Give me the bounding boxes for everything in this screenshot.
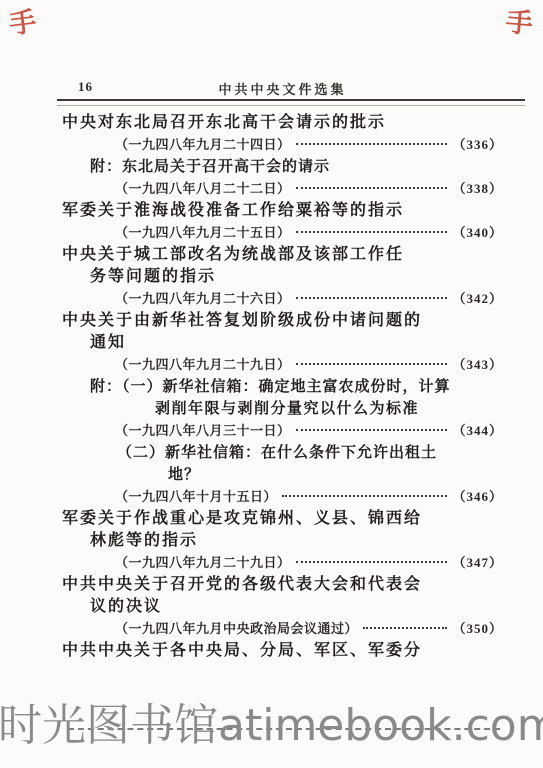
toc-ref-line: （一九四八年九月二十四日）（336） [115,134,503,156]
toc-title-line: 通知 [90,332,503,354]
toc-ref-line: （一九四八年八月二十二日）（338） [115,178,503,200]
dot-leader [296,561,448,563]
toc-title-line: 务等问题的指示 [90,266,503,288]
toc-title-line: 剥削年限与剥削分量究以什么为标准 [155,398,503,420]
toc-page-number: （342） [452,288,503,310]
toc-ref-line: （一九四八年九月二十五日）（340） [115,222,503,244]
dot-leader [282,495,447,497]
toc-entry: 中央关于由新华社答复划阶级成份中诸问题的通知（一九四八年九月二十九日）（343） [62,310,503,376]
toc-title-line: 军委关于作战重心是攻克锦州、义县、锦西给 [62,508,503,530]
toc-entry: 军委关于淮海战役准备工作给粟裕等的指示（一九四八年九月二十五日）（340） [62,200,503,244]
toc-ref-line: （一九四八年九月中央政治局会议通过）（350） [115,618,503,640]
dot-leader [296,231,448,233]
toc-page-number: （347） [452,552,503,574]
toc-ref-line: （一九四八年九月二十九日）（343） [115,354,503,376]
toc-date: （一九四八年九月二十六日） [115,288,291,310]
toc-date: （一九四八年八月三十一日） [115,420,291,442]
toc-page-number: （340） [452,222,503,244]
toc-page-number: （343） [452,354,503,376]
toc-date: （一九四八年九月中央政治局会议通过） [115,618,358,640]
toc-title-line: （二）新华社信箱：在什么条件下允许出租土 [117,442,503,464]
toc-entry: 附：（一）新华社信箱：确定地主富农成份时，计算剥削年限与剥削分量究以什么为标准（… [62,376,503,442]
toc-date: （一九四八年九月二十九日） [115,552,291,574]
dot-leader [296,187,448,189]
toc-title-line: 中央关于城工部改名为统战部及该部工作任 [62,244,503,266]
toc-date: （一九四八年十月十五日） [115,486,277,508]
dot-leader [363,627,447,629]
toc-title-line: 中共中央关于各中央局、分局、军区、军委分 [62,640,503,662]
toc-ref-line: （一九四八年八月三十一日）（344） [115,420,503,442]
toc-title-line: 议的决议 [90,596,503,618]
toc-title-line: 林彪等的指示 [90,530,503,552]
header-rule [57,99,525,106]
toc-title-line: 地？ [168,464,503,486]
toc-title-line: 中央对东北局召开东北高干会请示的批示 [62,112,503,134]
running-title: 中共中央文件选集 [62,79,503,98]
toc-page-number: （338） [452,178,503,200]
toc-entry: 中央关于城工部改名为统战部及该部工作任务等问题的指示（一九四八年九月二十六日）（… [62,244,503,310]
toc-title-line: 附：（一）新华社信箱：确定地主富农成份时，计算 [90,376,503,398]
toc-date: （一九四八年八月二十二日） [115,178,291,200]
watermark-text: 时光图书馆atimebook.com [0,702,543,750]
toc-entry: 中共中央关于各中央局、分局、军区、军委分 [62,640,503,662]
toc-title-line: 附：东北局关于召开高干会的请示 [90,156,503,178]
toc-ref-line: （一九四八年十月十五日）（346） [115,486,503,508]
dot-leader [296,429,448,431]
toc-page-number: （350） [452,618,503,640]
toc-entry: 附：东北局关于召开高干会的请示（一九四八年八月二十二日）（338） [62,156,503,200]
toc-date: （一九四八年九月二十五日） [115,222,291,244]
dot-leader [296,363,448,365]
red-stamp-right-icon: 手 [504,0,534,41]
dot-leader [296,143,448,145]
toc-date: （一九四八年九月二十九日） [115,354,291,376]
toc-entry: 中央对东北局召开东北高干会请示的批示（一九四八年九月二十四日）（336） [62,112,503,156]
toc-ref-line: （一九四八年九月二十六日）（342） [115,288,503,310]
scanned-book-page: 手 手 16 中共中央文件选集 中央对东北局召开东北高干会请示的批示（一九四八年… [0,0,543,768]
dot-leader [296,297,448,299]
toc-entry: 军委关于作战重心是攻克锦州、义县、锦西给林彪等的指示（一九四八年九月二十九日）（… [62,508,503,574]
toc-title-line: 中央关于由新华社答复划阶级成份中诸问题的 [62,310,503,332]
toc-page-number: （344） [452,420,503,442]
table-of-contents: 中央对东北局召开东北高干会请示的批示（一九四八年九月二十四日）（336）附：东北… [62,112,503,662]
toc-page-number: （346） [452,486,503,508]
toc-entry: 中共中央关于召开党的各级代表大会和代表会议的决议（一九四八年九月中央政治局会议通… [62,574,503,640]
toc-ref-line: （一九四八年九月二十九日）（347） [115,552,503,574]
toc-date: （一九四八年九月二十四日） [115,134,291,156]
toc-page-number: （336） [452,134,503,156]
watermark: 时光图书馆atimebook.com [0,702,543,762]
toc-title-line: 军委关于淮海战役准备工作给粟裕等的指示 [62,200,503,222]
red-stamp-left-icon: 手 [7,0,39,41]
page-header: 16 中共中央文件选集 [0,79,543,95]
toc-title-line: 中共中央关于召开党的各级代表大会和代表会 [62,574,503,596]
toc-entry: （二）新华社信箱：在什么条件下允许出租土地？（一九四八年十月十五日）（346） [62,442,503,508]
